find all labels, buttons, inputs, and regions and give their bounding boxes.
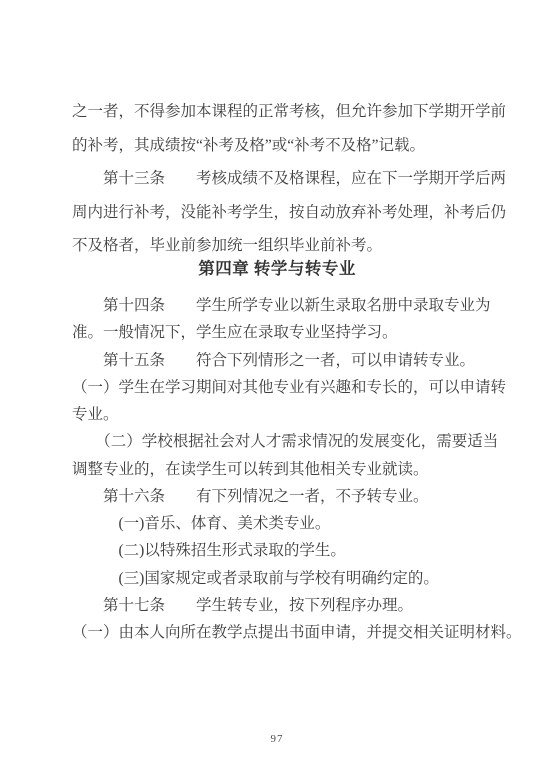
paragraph-block-transfer-rules: 第十四条 学生所学专业以新生录取名册中录取专业为 准。一般情况下，学生应在录取专… xyxy=(72,292,518,646)
paragraph-line: (一)音乐、体育、美术类专业。 xyxy=(72,510,518,537)
paragraph-line: 周内进行补考，没能补考学生，按自动放弃补考处理，补考后仍 xyxy=(72,196,518,230)
paragraph-line-article-17: 第十七条 学生转专业，按下列程序办理。 xyxy=(72,592,518,619)
paragraph-line-article-14: 第十四条 学生所学专业以新生录取名册中录取专业为 xyxy=(72,292,518,319)
paragraph-line: 专业。 xyxy=(72,401,518,428)
paragraph-line: （二）学校根据社会对人才需求情况的发展变化，需要适当 xyxy=(72,428,518,455)
paragraph-line: （一）由本人向所在教学点提出书面申请，并提交相关证明材料。 xyxy=(72,619,518,646)
paragraph-block-makeup-exams: 之一者，不得参加本课程的正常考核，但允许参加下学期开学前 的补考，其成绩按“补考… xyxy=(72,95,518,263)
document-page: 之一者，不得参加本课程的正常考核，但允许参加下学期开学前 的补考，其成绩按“补考… xyxy=(0,0,554,783)
page-number: 97 xyxy=(0,733,554,745)
paragraph-line: (二)以特殊招生形式录取的学生。 xyxy=(72,537,518,564)
paragraph-line: 准。一般情况下，学生应在录取专业坚持学习。 xyxy=(72,319,518,346)
paragraph-line-article-13: 第十三条 考核成绩不及格课程，应在下一学期开学后两 xyxy=(72,162,518,196)
chapter-heading: 第四章 转学与转专业 xyxy=(0,256,554,282)
paragraph-line-article-15: 第十五条 符合下列情形之一者，可以申请转专业。 xyxy=(72,347,518,374)
paragraph-line: 之一者，不得参加本课程的正常考核，但允许参加下学期开学前 xyxy=(72,95,518,129)
paragraph-line-article-16: 第十六条 有下列情况之一者，不予转专业。 xyxy=(72,483,518,510)
paragraph-line: （一）学生在学习期间对其他专业有兴趣和专长的，可以申请转 xyxy=(72,374,518,401)
paragraph-line: (三)国家规定或者录取前与学校有明确约定的。 xyxy=(72,565,518,592)
paragraph-line: 调整专业的，在读学生可以转到其他相关专业就读。 xyxy=(72,456,518,483)
paragraph-line: 的补考，其成绩按“补考及格”或“补考不及格”记载。 xyxy=(72,129,518,163)
